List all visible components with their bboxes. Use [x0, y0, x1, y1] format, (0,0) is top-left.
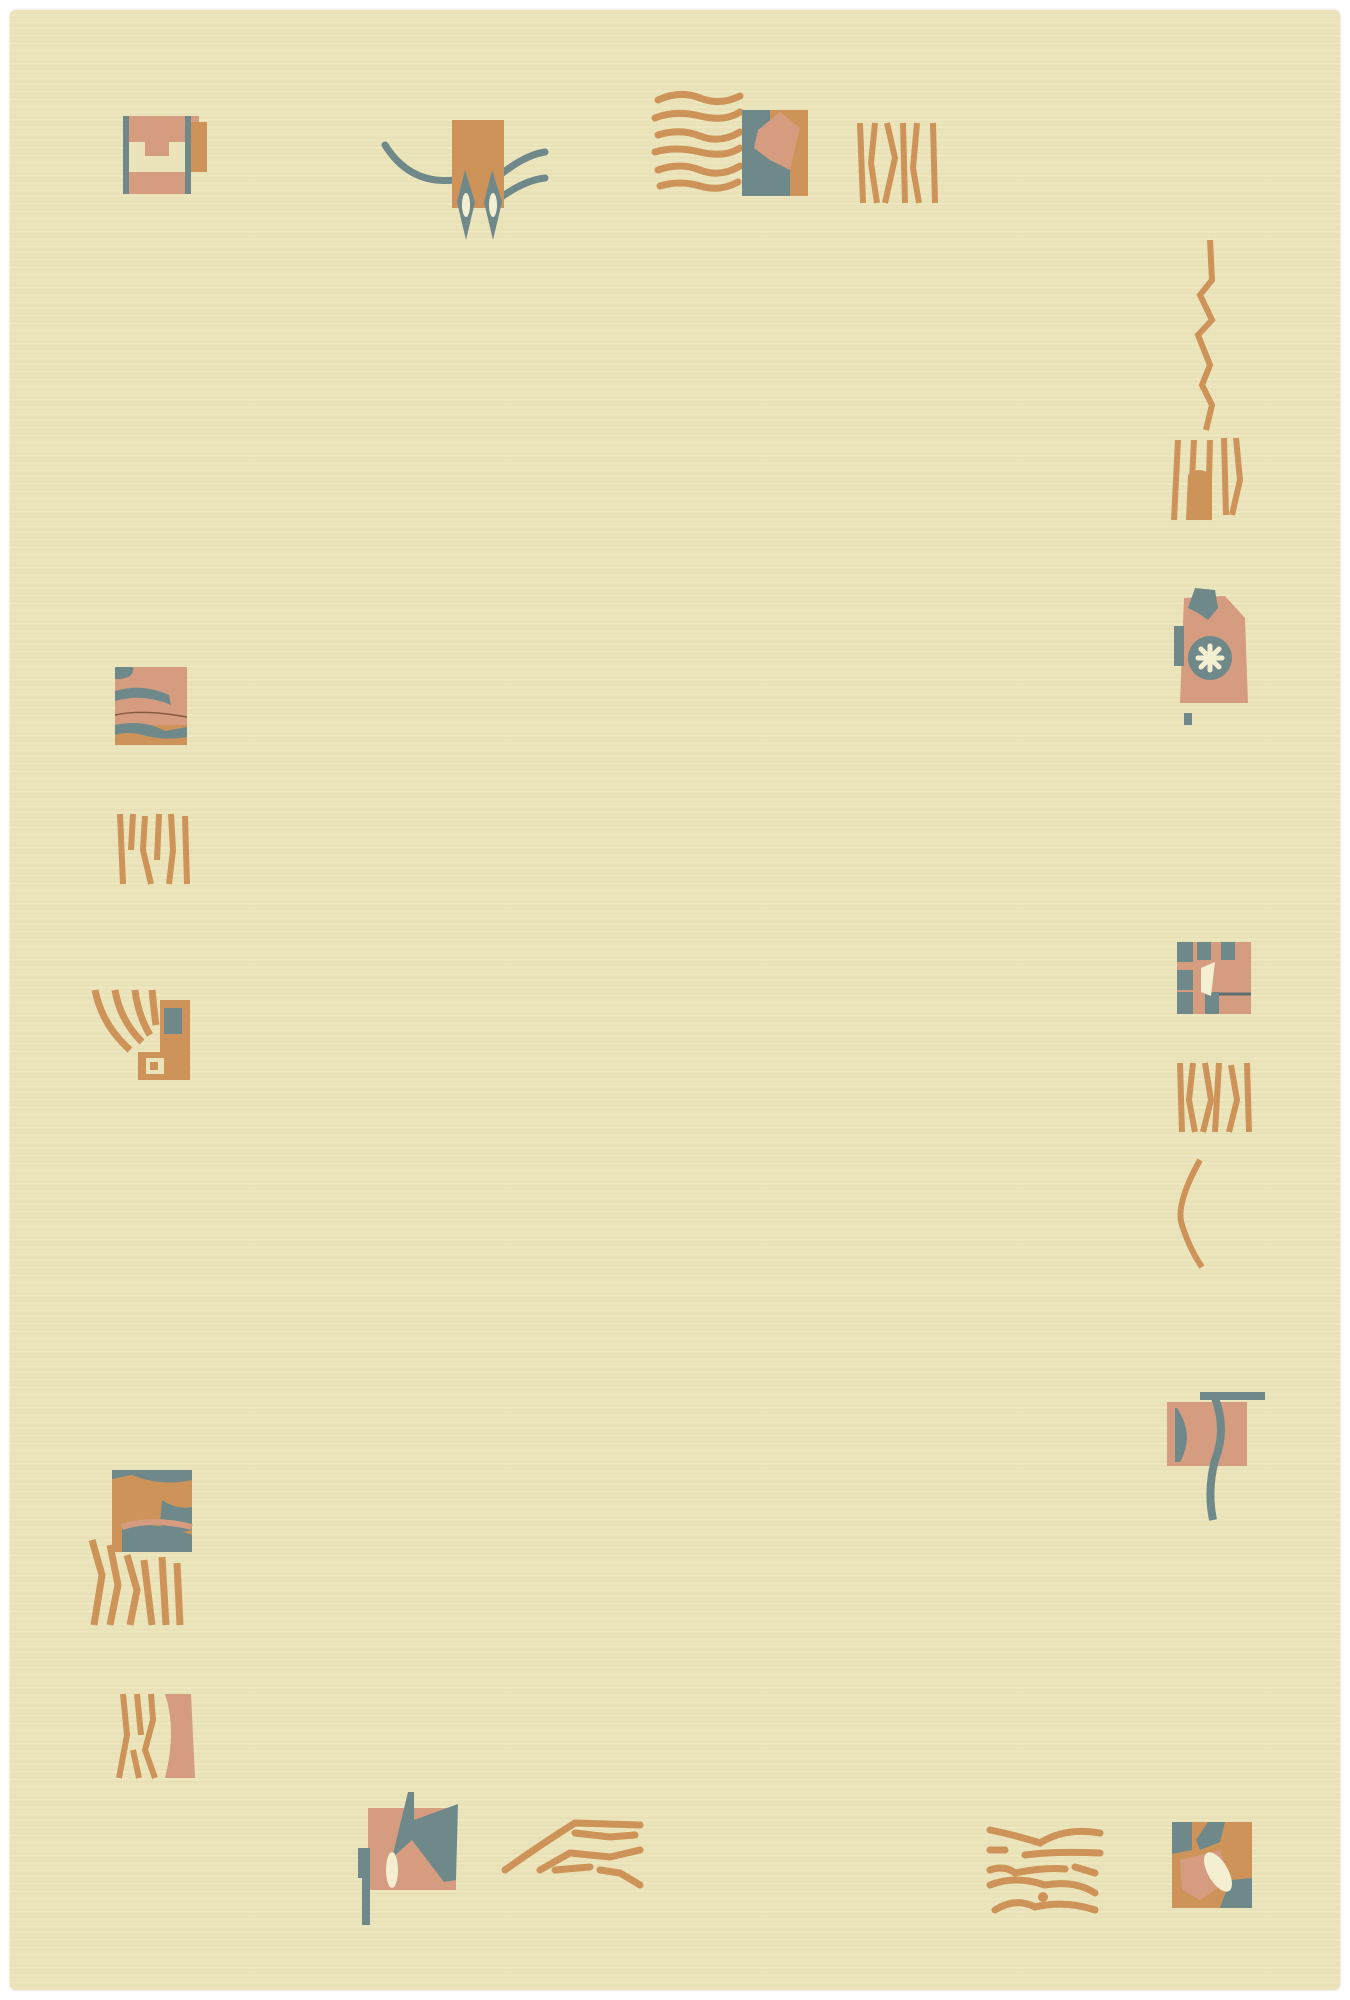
hook-block-motif	[1165, 1390, 1275, 1530]
eye-block-motif	[1170, 1820, 1260, 1915]
wave-square-stripes-motif	[82, 1465, 202, 1635]
stripe-set-motif	[115, 810, 195, 890]
flower-block-motif	[1170, 578, 1260, 728]
wave-block-motif	[650, 90, 810, 210]
leaf-block-motif	[348, 1790, 468, 1930]
stripe-cluster-motif	[1170, 435, 1250, 525]
fan-block-motif	[90, 980, 200, 1085]
square-frame-motif	[115, 110, 215, 200]
zigzag-line-motif	[1190, 235, 1230, 435]
wave-square-motif	[113, 665, 193, 750]
rug	[10, 10, 1340, 1990]
stripe-block-right-motif	[1175, 1060, 1255, 1135]
curve-line-motif	[1170, 1155, 1220, 1275]
stripe-triangle-motif	[115, 1690, 200, 1785]
mountain-lines-motif	[500, 1815, 660, 1895]
wave-lines-motif	[985, 1825, 1115, 1920]
stripe-block-motif	[855, 118, 945, 208]
window-block-motif	[1175, 940, 1255, 1020]
insect-motif	[380, 110, 580, 250]
